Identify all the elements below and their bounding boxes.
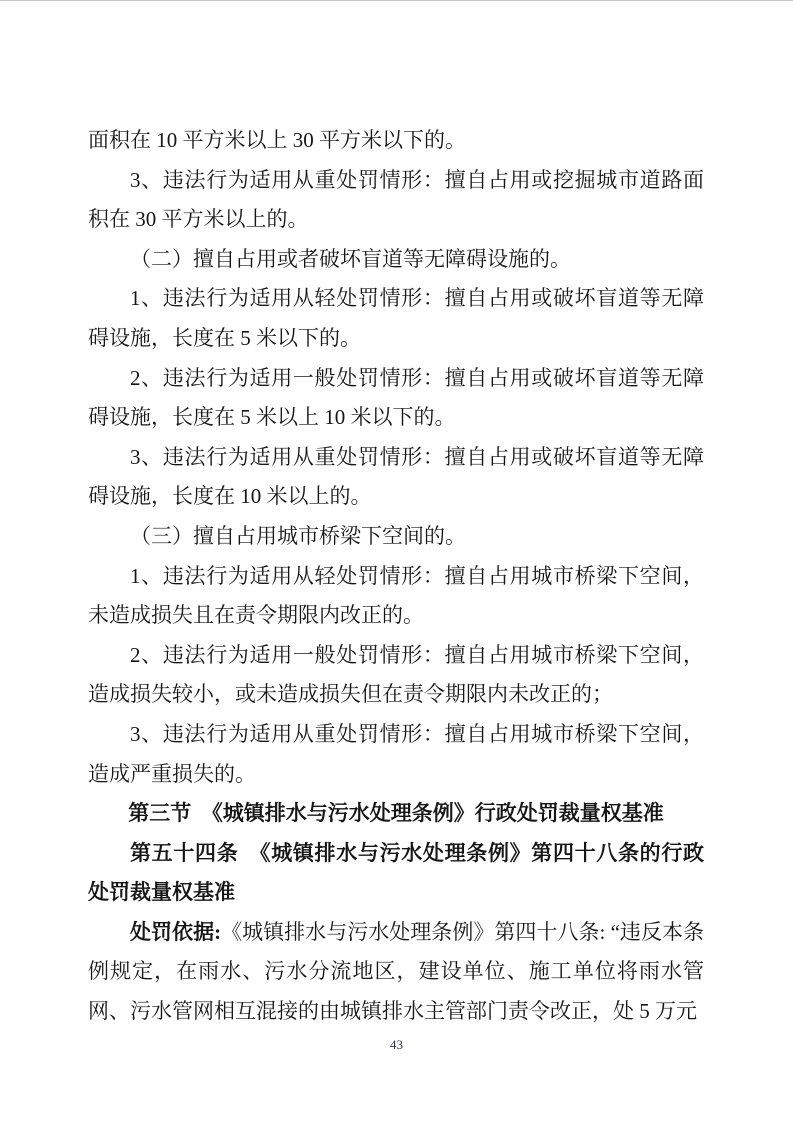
body-paragraph: 3、违法行为适用从重处罚情形：擅自占用或破坏盲道等无障碍设施，长度在 10 米以… bbox=[88, 438, 704, 517]
body-paragraph: 2、违法行为适用一般处罚情形：擅自占用城市桥梁下空间，造成损失较小，或未造成损失… bbox=[88, 636, 704, 715]
penalty-basis-label: 处罚依据: bbox=[130, 920, 221, 944]
page-number: 43 bbox=[390, 1037, 403, 1052]
document-page: 面积在 10 平方米以上 30 平方米以下的。 3、违法行为适用从重处罚情形：擅… bbox=[0, 0, 793, 1122]
body-paragraph: 3、违法行为适用从重处罚情形：擅自占用城市桥梁下空间，造成严重损失的。 bbox=[88, 715, 704, 794]
body-paragraph: 3、违法行为适用从重处罚情形：擅自占用或挖掘城市道路面积在 30 平方米以上的。 bbox=[88, 161, 704, 240]
body-paragraph: 1、违法行为适用从轻处罚情形：擅自占用城市桥梁下空间，未造成损失且在责令期限内改… bbox=[88, 557, 704, 636]
body-paragraph: 面积在 10 平方米以上 30 平方米以下的。 bbox=[88, 121, 704, 161]
penalty-basis-paragraph: 处罚依据:《城镇排水与污水处理条例》第四十八条: “违反本条例规定，在雨水、污水… bbox=[88, 913, 704, 1032]
body-paragraph: 1、违法行为适用从轻处罚情形：擅自占用或破坏盲道等无障碍设施，长度在 5 米以下… bbox=[88, 279, 704, 358]
article-heading: 第五十四条 《城镇排水与污水处理条例》第四十八条的行政处罚裁量权基准 bbox=[88, 834, 704, 913]
body-paragraph: （三）擅自占用城市桥梁下空间的。 bbox=[88, 517, 704, 557]
body-paragraph: （二）擅自占用或者破坏盲道等无障碍设施的。 bbox=[88, 240, 704, 280]
page-footer: 43 bbox=[0, 1036, 793, 1054]
page-top-edge-artifact bbox=[0, 0, 793, 1]
body-paragraph: 2、违法行为适用一般处罚情形：擅自占用或破坏盲道等无障碍设施，长度在 5 米以上… bbox=[88, 359, 704, 438]
document-body: 面积在 10 平方米以上 30 平方米以下的。 3、违法行为适用从重处罚情形：擅… bbox=[88, 121, 704, 1032]
section-heading: 第三节 《城镇排水与污水处理条例》行政处罚裁量权基准 bbox=[88, 794, 704, 834]
